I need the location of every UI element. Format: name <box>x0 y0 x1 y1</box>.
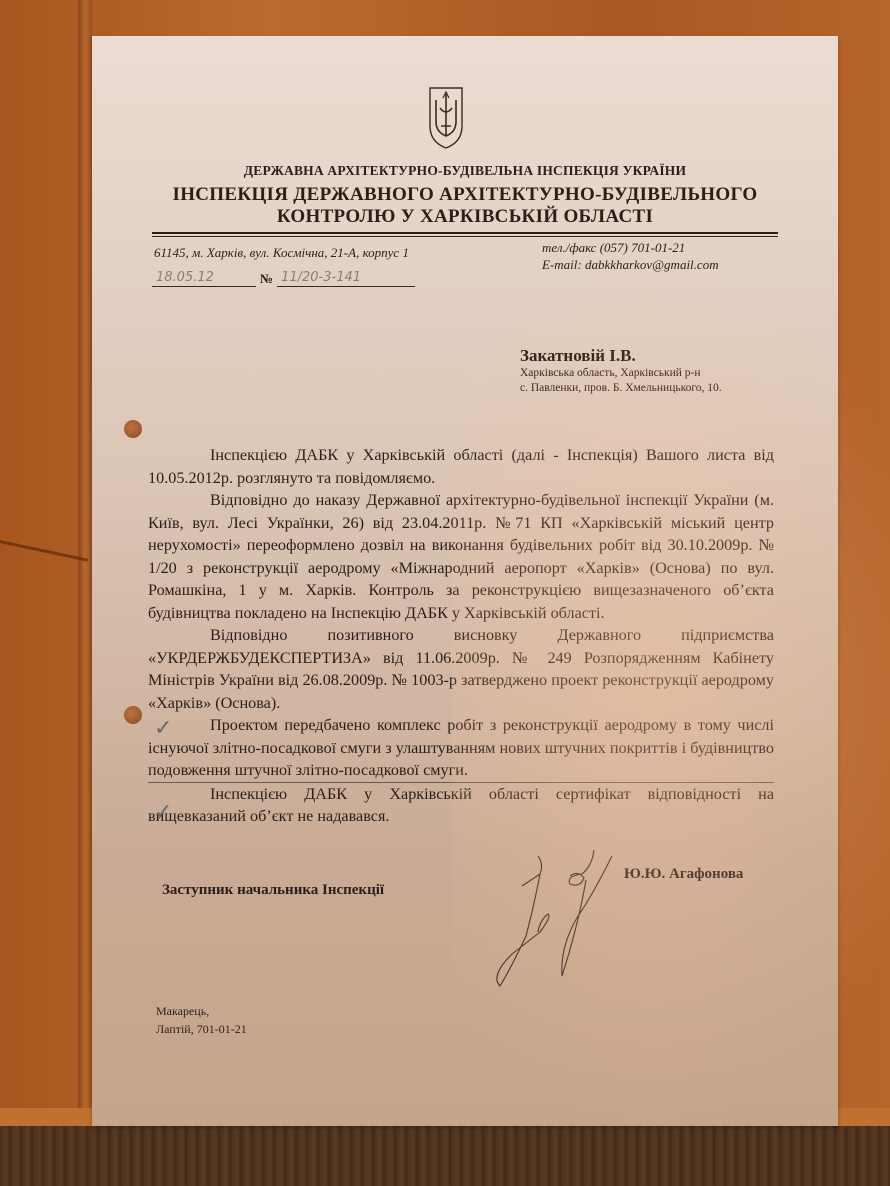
paragraph: Інспекцією ДАБК у Харківській області се… <box>148 783 774 828</box>
header-rule <box>152 232 778 234</box>
org-contacts: тел./факс (057) 701-01-21 E-mail: dabkkh… <box>542 239 719 273</box>
paragraph-underlined: Проектом передбачено комплекс робіт з ре… <box>148 714 774 783</box>
recipient-address-1: Харківська область, Харківський р-н <box>520 366 722 381</box>
letter-body: Інспекцією ДАБК у Харківській області (д… <box>148 444 774 828</box>
ministry-title: ДЕРЖАВНА АРХІТЕКТУРНО-БУДІВЕЛЬНА ІНСПЕКЦ… <box>92 163 838 179</box>
paragraph: Відповідно позитивного висновку Державно… <box>148 624 774 714</box>
paragraph: Інспекцією ДАБК у Харківській області (д… <box>148 444 774 489</box>
registration-line: 18.05.12 № 11/20-3-141 <box>152 270 415 287</box>
paragraph: Відповідно до наказу Державної архітекту… <box>148 489 774 624</box>
recipient-name: Закатновій І.В. <box>520 346 722 366</box>
executor-line-2: Лаптій, 701-01-21 <box>156 1020 247 1038</box>
org-title-line-2: КОНТРОЛЮ У ХАРКІВСЬКІЙ ОБЛАСТІ <box>92 206 838 228</box>
letter-page: ДЕРЖАВНА АРХІТЕКТУРНО-БУДІВЕЛЬНА ІНСПЕКЦ… <box>92 36 838 1126</box>
registration-number: 11/20-3-141 <box>277 270 415 287</box>
number-label: № <box>260 271 273 287</box>
punch-hole <box>124 420 142 438</box>
org-title-line-1: ІНСПЕКЦІЯ ДЕРЖАВНОГО АРХІТЕКТУРНО-БУДІВЕ… <box>92 184 838 206</box>
trident-coat-of-arms-icon <box>428 86 464 150</box>
checkmark-icon: ✓ <box>154 716 172 741</box>
org-address: 61145, м. Харків, вул. Космічна, 21-А, к… <box>154 245 409 261</box>
punch-hole <box>124 706 142 724</box>
org-phone: тел./факс (057) 701-01-21 <box>542 239 719 256</box>
recipient-block: Закатновій І.В. Харківська область, Харк… <box>520 346 722 396</box>
executors: Макарець, Лаптій, 701-01-21 <box>156 1002 247 1038</box>
signatory-position: Заступник начальника Інспекції <box>162 882 384 899</box>
checkmark-icon: ✓ <box>154 800 172 825</box>
recipient-address-2: с. Павленки, пров. Б. Хмельницького, 10. <box>520 381 722 396</box>
registration-date: 18.05.12 <box>152 270 256 287</box>
executor-line-1: Макарець, <box>156 1002 247 1020</box>
org-email: E-mail: dabkkharkov@gmail.com <box>542 256 719 273</box>
header-rule <box>152 236 778 237</box>
organization-title: ІНСПЕКЦІЯ ДЕРЖАВНОГО АРХІТЕКТУРНО-БУДІВЕ… <box>92 184 838 228</box>
desk-edge <box>78 0 92 1186</box>
handwritten-signature <box>482 836 672 996</box>
floor <box>0 1126 890 1186</box>
